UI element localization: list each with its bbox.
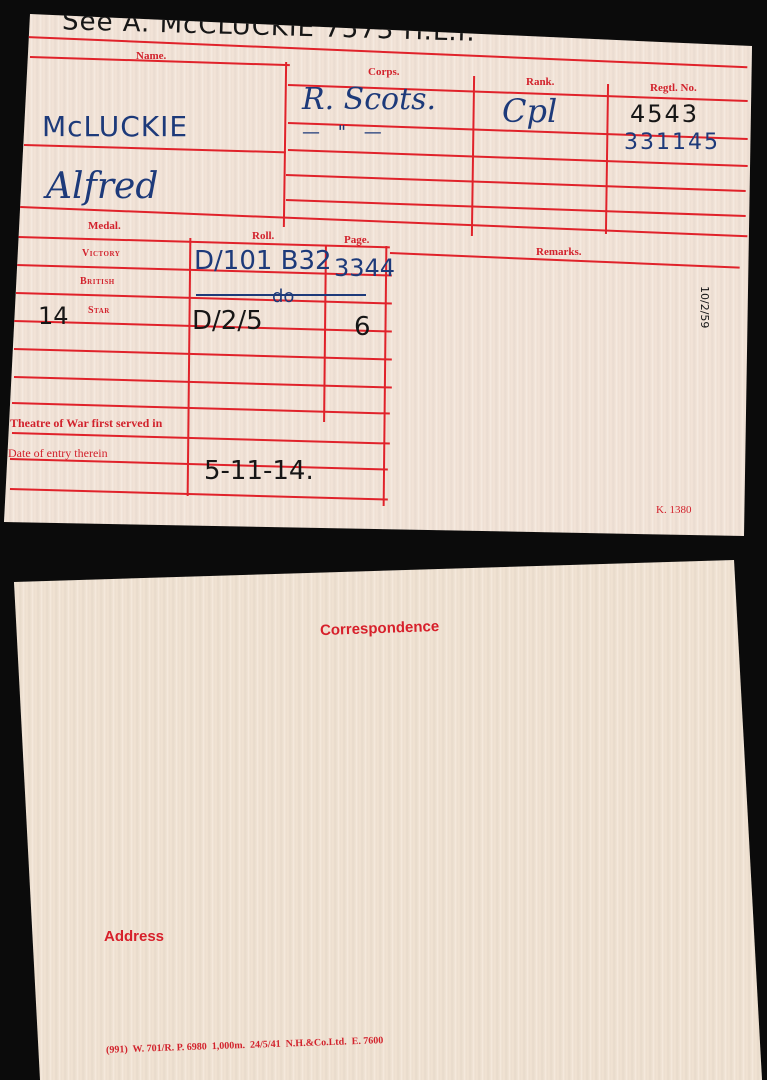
printer-line: (991) W. 701/R. P. 6980 1,000m. 24/5/41 … [106, 1035, 384, 1056]
corps-entry: R. Scots. [302, 82, 436, 117]
star-roll-entry: D/2/5 [192, 306, 263, 336]
form-code: K. 1380 [656, 504, 691, 516]
rule-vertical-roll [187, 238, 191, 496]
rule [14, 348, 392, 360]
rank-entry: Cpl [502, 92, 557, 130]
label-roll: Roll. [252, 230, 274, 242]
rule-surname [24, 144, 286, 153]
regtl-no-entry-2: 331145 [624, 130, 720, 155]
label-rank: Rank. [526, 76, 554, 88]
rule [286, 199, 746, 217]
corps-ditto: — " — [302, 122, 388, 143]
rule [12, 402, 390, 414]
rule-vertical-remarks [383, 246, 387, 506]
medal-name-victory: Victory [82, 248, 120, 259]
star-prefix-entry: 14 [38, 302, 69, 330]
label-remarks: Remarks. [536, 246, 582, 258]
surname-entry: McLUCKIE [42, 110, 188, 143]
medal-name-british: British [80, 276, 115, 287]
date-of-entry-value: 5-11-14. [204, 456, 314, 486]
regtl-no-entry-1: 4543 [630, 100, 699, 128]
address-label: Address [104, 928, 164, 945]
british-ditto-line [196, 290, 366, 296]
label-medal: Medal. [88, 220, 121, 232]
forename-entry: Alfred [46, 166, 158, 207]
label-page: Page. [344, 234, 369, 246]
rule [14, 376, 392, 388]
star-page-entry: 6 [354, 312, 371, 342]
label-name: Name. [136, 50, 166, 62]
label-theatre-of-war: Theatre of War first served in [10, 416, 162, 431]
victory-page-entry: 3344 [334, 254, 395, 282]
medal-index-card-front: Name. Corps. Rank. Regtl. No. Medal. Rol… [4, 14, 752, 536]
medal-index-card-back: Correspondence Address (991) W. 701/R. P… [14, 560, 762, 1080]
victory-roll-entry: D/101 B32 [194, 246, 332, 276]
remarks-note: 10/2/59 [698, 286, 711, 328]
rule [286, 174, 746, 192]
label-corps: Corps. [368, 66, 399, 78]
correspondence-label: Correspondence [320, 618, 440, 639]
label-date-of-entry: Date of entry therein [8, 446, 108, 461]
label-regtl-no: Regtl. No. [650, 82, 697, 94]
medal-name-star: Star [88, 305, 110, 316]
rule [10, 488, 388, 500]
rule-vertical-corps [283, 62, 287, 227]
rule [12, 432, 390, 444]
